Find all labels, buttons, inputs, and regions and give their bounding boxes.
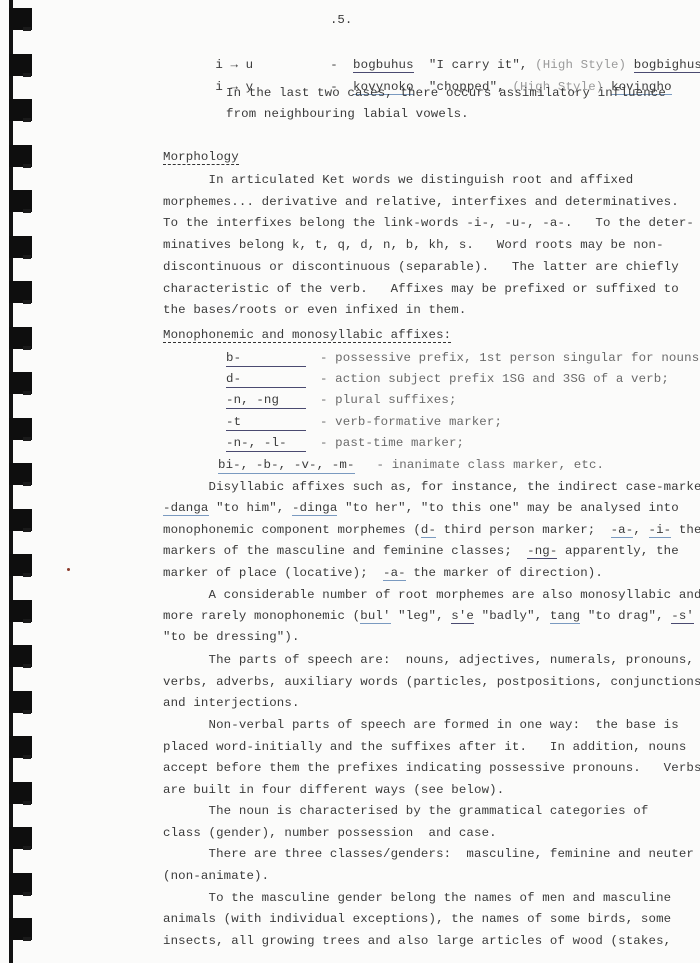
binding-ring: [9, 463, 32, 485]
binding-ring: [9, 190, 32, 212]
binding-ring: [9, 509, 32, 531]
binding-ring: [9, 645, 32, 667]
para-line: marker of place (locative); -a- the mark…: [163, 565, 603, 581]
affix-description: - plural suffixes;: [320, 393, 457, 407]
affix-row: d-- action subject prefix 1SG and 3SG of…: [226, 371, 669, 388]
affix-description: - past-time marker;: [320, 436, 464, 450]
para-line: "to be dressing").: [163, 629, 300, 645]
binding-ring: [9, 281, 32, 303]
para-line: The parts of speech are: nouns, adjectiv…: [163, 652, 694, 668]
binding-ring: [9, 54, 32, 76]
binding-ring: [9, 418, 32, 440]
affix-description: - inanimate class marker, etc.: [377, 458, 605, 472]
page-number: .5.: [330, 13, 352, 27]
binding-ring: [9, 8, 32, 30]
note-line: from neighbouring labial vowels.: [226, 106, 469, 122]
binding-ring: [9, 600, 32, 622]
affix-description: - verb-formative marker;: [320, 415, 502, 429]
section-heading: Monophonemic and monosyllabic affixes:: [163, 327, 451, 343]
para-line: accept before them the prefixes indicati…: [163, 760, 700, 776]
para-line: Non-verbal parts of speech are formed in…: [163, 717, 679, 733]
para-line: discontinuous or discontinuous (separabl…: [163, 259, 679, 275]
para-line: A considerable number of root morphemes …: [163, 587, 700, 603]
para-line: Disyllabic affixes such as, for instance…: [163, 479, 700, 495]
binding-ring: [9, 327, 32, 349]
affix-description: - possessive prefix, 1st person singular…: [320, 351, 700, 365]
para-line: In articulated Ket words we distinguish …: [163, 172, 633, 188]
affix-row: -n-, -l-- past-time marker;: [226, 435, 464, 452]
affix: -n, -ng: [226, 392, 306, 409]
binding-ring: [9, 236, 32, 258]
affix: b-: [226, 350, 306, 367]
affix-row: -n, -ng- plural suffixes;: [226, 392, 457, 409]
binding-ring: [9, 691, 32, 713]
note-line: In the last two cases, there occurs assi…: [226, 85, 666, 101]
affix: -t: [226, 414, 306, 431]
para-line: To the masculine gender belong the names…: [163, 890, 671, 906]
para-line: monophonemic component morphemes (d- thi…: [163, 522, 700, 538]
affix: d-: [226, 371, 306, 388]
binding-ring: [9, 827, 32, 849]
para-line: minatives belong k, t, q, d, n, b, kh, s…: [163, 237, 664, 253]
para-line: characteristic of the verb. Affixes may …: [163, 281, 679, 297]
para-line: The noun is characterised by the grammat…: [163, 803, 648, 819]
para-line: insects, all growing trees and also larg…: [163, 933, 671, 949]
binding-ring: [9, 736, 32, 758]
para-line: placed word-initially and the suffixes a…: [163, 739, 686, 755]
affix-description: - action subject prefix 1SG and 3SG of a…: [320, 372, 669, 386]
binding-ring: [9, 918, 32, 940]
binding-ring: [9, 873, 32, 895]
para-line: class (gender), number possession and ca…: [163, 825, 497, 841]
affix: -n-, -l-: [226, 435, 306, 452]
para-line: markers of the masculine and feminine cl…: [163, 543, 679, 559]
para-line: verbs, adverbs, auxiliary words (particl…: [163, 674, 700, 690]
binding-ring: [9, 99, 32, 121]
binding-ring: [9, 782, 32, 804]
affix-row: b-- possessive prefix, 1st person singul…: [226, 350, 700, 367]
affix-row: bi-, -b-, -v-, -m-- inanimate class mark…: [218, 457, 604, 474]
spiral-binding: [0, 0, 40, 963]
section-heading: Morphology: [163, 149, 239, 165]
para-line: and interjections.: [163, 695, 300, 711]
para-line: There are three classes/genders: masculi…: [163, 846, 694, 862]
para-line: morphemes... derivative and relative, in…: [163, 194, 679, 210]
para-line: (non-animate).: [163, 868, 269, 884]
para-line: -danga "to him", -dinga "to her", "to th…: [163, 500, 679, 516]
para-line: To the interfixes belong the link-words …: [163, 215, 694, 231]
binding-ring: [9, 145, 32, 167]
binding-ring: [9, 554, 32, 576]
affix: bi-, -b-, -v-, -m-: [218, 457, 355, 474]
para-line: are built in four different ways (see be…: [163, 782, 504, 798]
para-line: the bases/roots or even infixed in them.: [163, 302, 466, 318]
binding-ring: [9, 372, 32, 394]
stray-ink-mark: [67, 568, 70, 571]
para-line: more rarely monophonemic (bul' "leg", s'…: [163, 608, 694, 624]
affix-row: -t- verb-formative marker;: [226, 414, 502, 431]
para-line: animals (with individual exceptions), th…: [163, 911, 671, 927]
